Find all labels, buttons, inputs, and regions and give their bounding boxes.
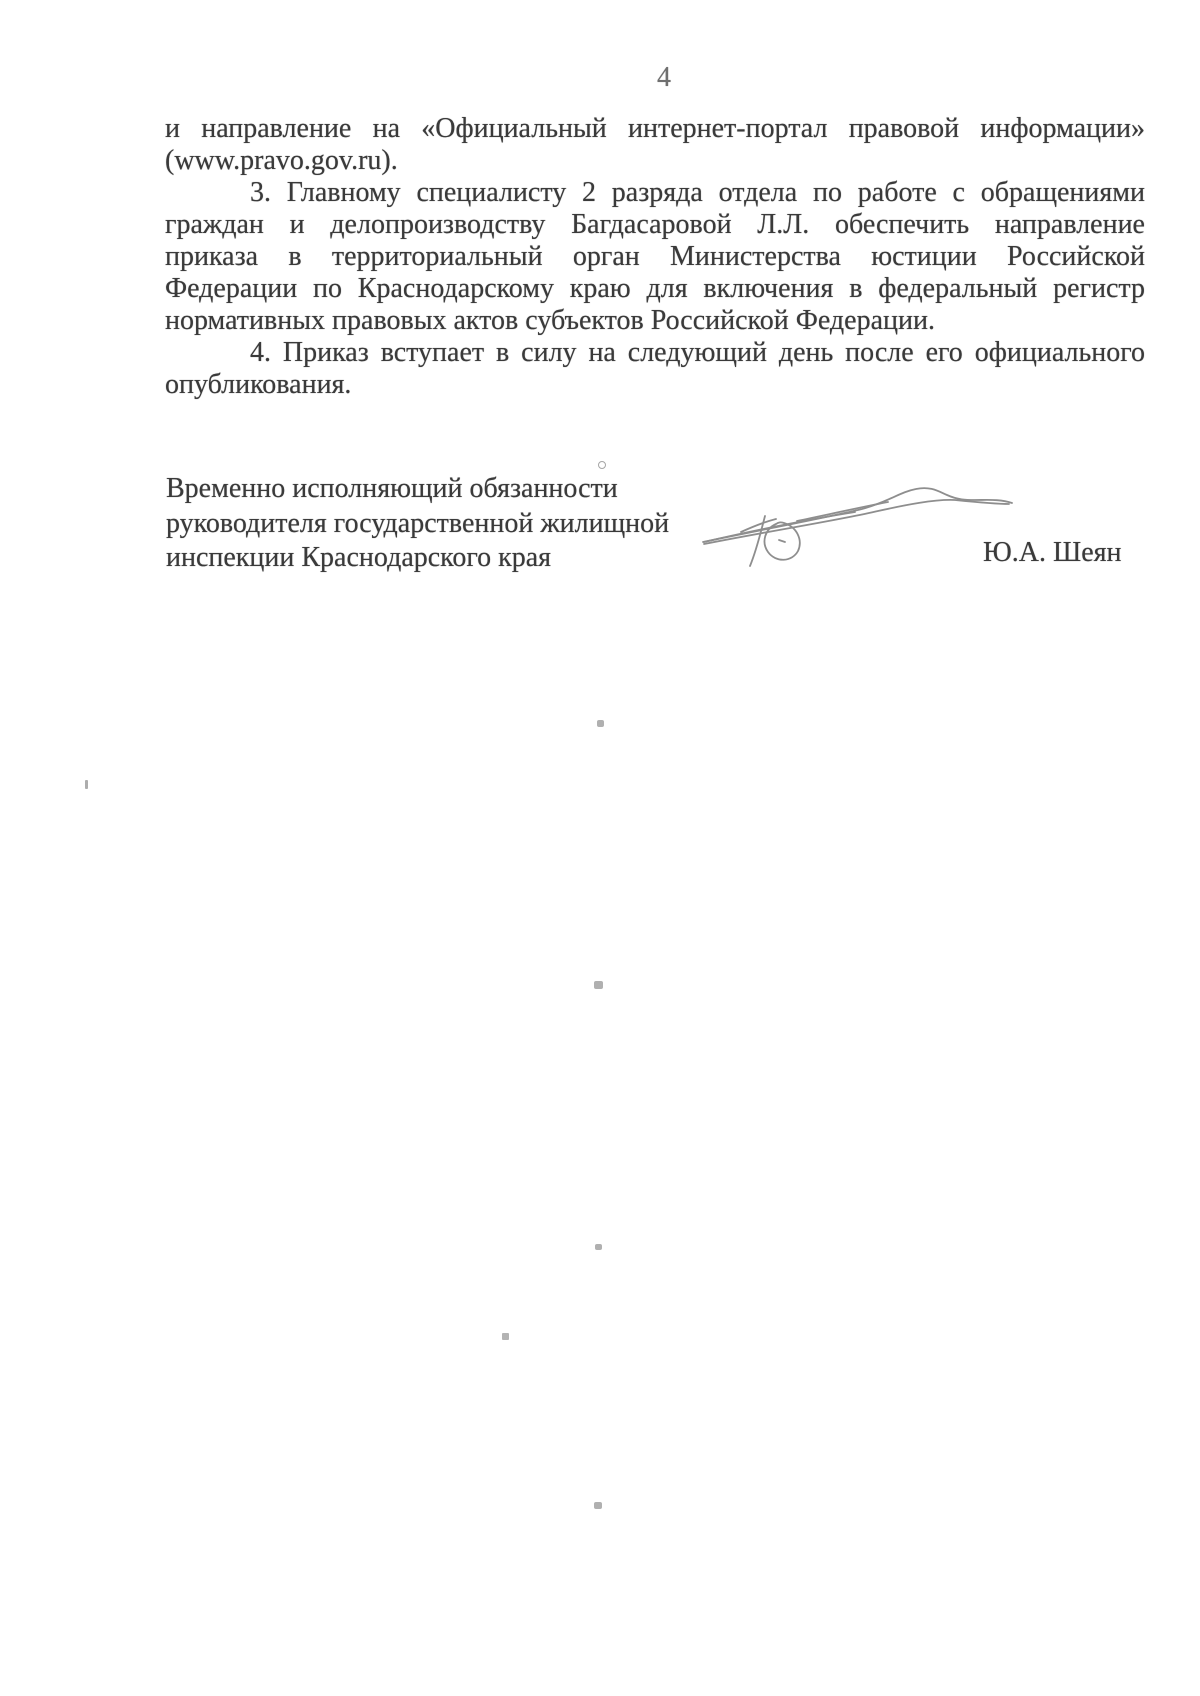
text-line: нормативных правовых актов субъектов Рос… xyxy=(165,305,1145,337)
signature-stroke-dot xyxy=(779,540,785,542)
scan-speck xyxy=(594,981,603,989)
signatory-name: Ю.А. Шеян xyxy=(983,537,1183,569)
signatory-title-line: руководителя государственной жилищной xyxy=(166,507,726,542)
text-line: приказа в территориальный орган Министер… xyxy=(165,241,1145,273)
scan-speck xyxy=(85,780,88,789)
scan-speck xyxy=(597,720,604,727)
signatory-title-line: Временно исполняющий обязанности xyxy=(166,472,726,507)
text-line: граждан и делопроизводству Багдасаровой … xyxy=(165,209,1145,241)
signatory-title: Временно исполняющий обязанностируководи… xyxy=(166,472,726,576)
signature-stroke-lower xyxy=(704,500,1009,544)
signatory-title-line: инспекции Краснодарского края xyxy=(166,541,726,576)
scan-speck xyxy=(502,1333,509,1340)
page-number: 4 xyxy=(648,62,680,94)
handwritten-signature-icon xyxy=(690,478,1025,578)
scan-speck xyxy=(595,1244,602,1250)
text-line: 3. Главному специалисту 2 разряда отдела… xyxy=(165,177,1145,209)
text-line: (www.pravo.gov.ru). xyxy=(165,145,1145,177)
text-line: и направление на «Официальный интернет-п… xyxy=(165,113,1145,145)
document-body: и направление на «Официальный интернет-п… xyxy=(165,113,1145,401)
document-page: 4 и направление на «Официальный интернет… xyxy=(0,0,1200,1696)
text-line: опубликования. xyxy=(165,369,1145,401)
scan-speck xyxy=(594,1502,602,1509)
text-line: 4. Приказ вступает в силу на следующий д… xyxy=(165,337,1145,369)
text-line: Федерации по Краснодарскому краю для вкл… xyxy=(165,273,1145,305)
scan-speck xyxy=(598,461,606,469)
